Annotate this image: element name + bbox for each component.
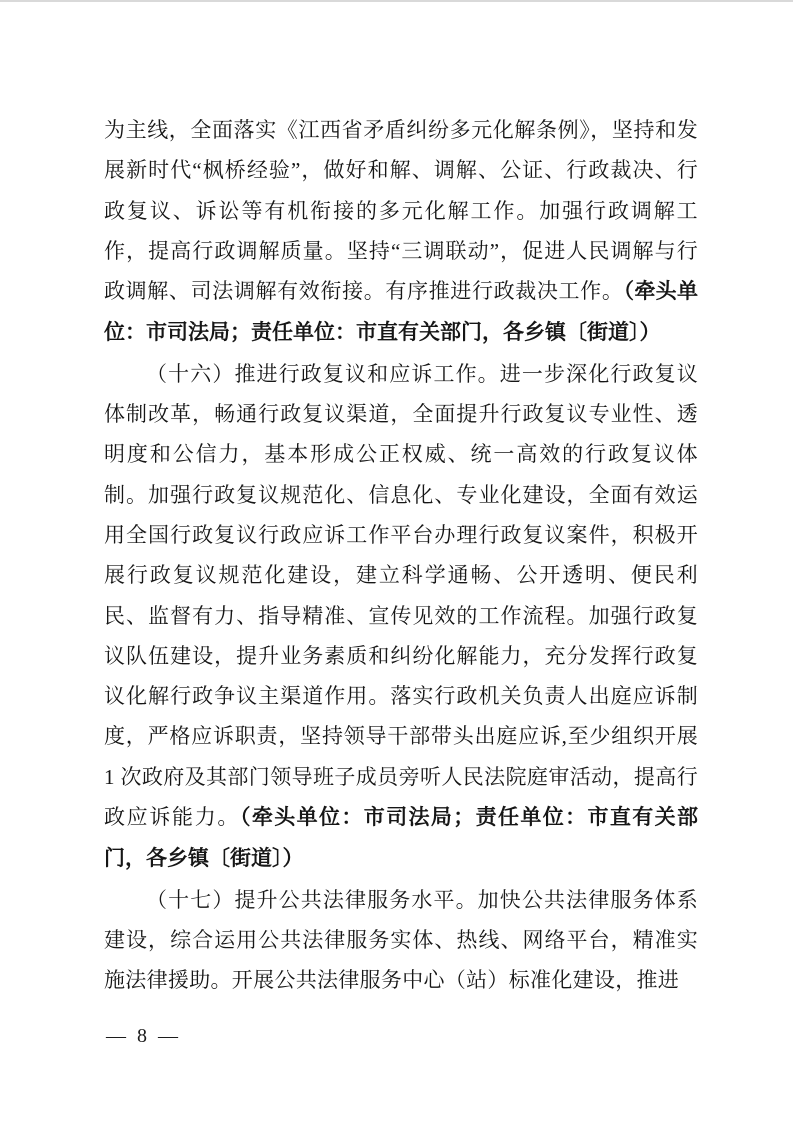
paragraph: （十七）提升公共法律服务水平。加快公共法律服务体系建设，综合运用公共法律服务实体… — [104, 880, 698, 1001]
text-segment: （十六）推进行政复议和应诉工作。进一步深化行政复议体制改革，畅通行政复议渠道，全… — [104, 362, 698, 829]
scan-edge-artifact — [0, 0, 793, 2]
paragraph: 为主线，全面落实《江西省矛盾纠纷多元化解条例》，坚持和发展新时代“枫桥经验”，做… — [104, 110, 698, 354]
document-page: 为主线，全面落实《江西省矛盾纠纷多元化解条例》，坚持和发展新时代“枫桥经验”，做… — [0, 0, 793, 1122]
document-body: 为主线，全面落实《江西省矛盾纠纷多元化解条例》，坚持和发展新时代“枫桥经验”，做… — [104, 110, 698, 1001]
text-segment: （十七）提升公共法律服务水平。加快公共法律服务体系建设，综合运用公共法律服务实体… — [104, 888, 698, 993]
paragraph: （十六）推进行政复议和应诉工作。进一步深化行政复议体制改革，畅通行政复议渠道，全… — [104, 354, 698, 880]
text-segment: 为主线，全面落实《江西省矛盾纠纷多元化解条例》，坚持和发展新时代“枫桥经验”，做… — [104, 118, 698, 303]
page-number: — 8 — — [106, 1025, 181, 1048]
